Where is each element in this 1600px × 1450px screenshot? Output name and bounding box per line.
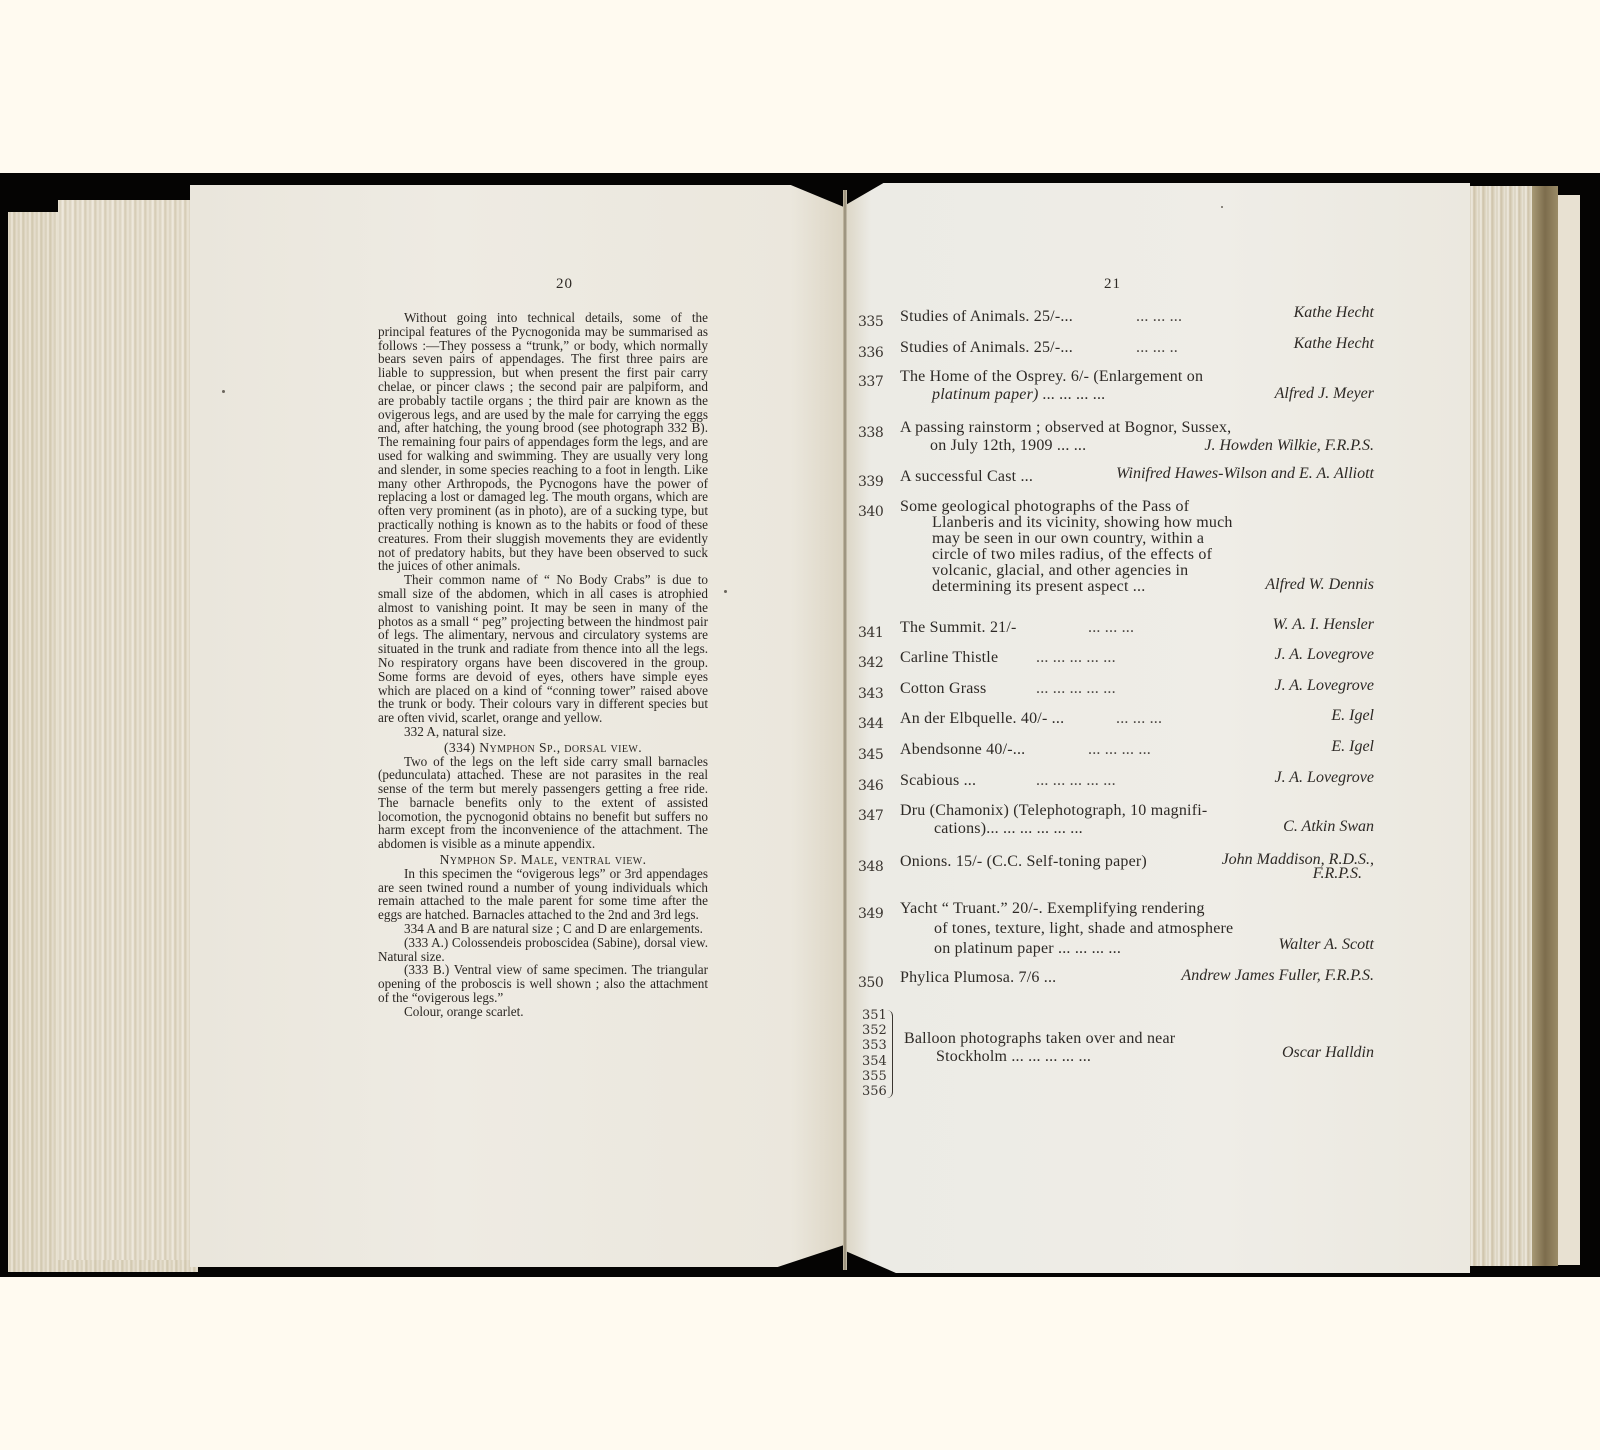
entry-title: Balloon photographs taken over and near <box>904 1030 1175 1048</box>
entry-title: Phylica Plumosa. 7/6 ... <box>900 969 1056 987</box>
entry-author: J. Howden Wilkie, F.R.P.S. <box>1204 437 1374 455</box>
entry-number: 340 <box>858 504 883 520</box>
caption-334-dorsal: (334) Nymphon Sp., dorsal view. <box>378 741 708 755</box>
caption-male-ventral: Nymphon Sp. Male, ventral view. <box>378 853 708 867</box>
entry-title-continued: cations)... ... ... ... ... ... <box>934 820 1083 838</box>
entry-number: 339 <box>858 474 883 490</box>
entry-leader: ... ... ... ... ... <box>1036 680 1116 698</box>
entry-title: Studies of Animals. 25/-... <box>900 339 1073 357</box>
entry-author: Kathe Hecht <box>1294 335 1374 353</box>
paragraph-sizes: 334 A and B are natural size ; C and D a… <box>378 922 708 936</box>
entry-author: Walter A. Scott <box>1278 936 1374 954</box>
entry-number: 341 <box>858 625 883 641</box>
paragraph-332a: 332 A, natural size. <box>378 725 708 739</box>
entry-leader: ... ... ... <box>1116 710 1162 728</box>
entry-title: A successful Cast ... <box>900 468 1033 486</box>
entry-number: 346 <box>858 778 883 794</box>
entry-author: E. Igel <box>1331 738 1374 756</box>
entry-number: 349 <box>858 906 883 922</box>
paragraph-no-body-crabs: Their common name of “ No Body Crabs” is… <box>378 573 708 725</box>
entry-author: Alfred J. Meyer <box>1275 385 1374 403</box>
grouping-brace <box>884 1010 893 1098</box>
entry-title: Dru (Chamonix) (Telephotograph, 10 magni… <box>900 802 1207 820</box>
entry-title-continued: Stockholm ... ... ... ... ... <box>936 1048 1091 1066</box>
entry-number: 347 <box>858 808 883 824</box>
entry-title-continued: determining its present aspect ... <box>932 578 1145 596</box>
entry-number: 336 <box>858 345 883 361</box>
left-page-text: Without going into technical details, so… <box>378 311 708 1019</box>
entry-title: Scabious ... <box>900 772 976 790</box>
entry-leader: ... ... ... <box>1088 619 1134 637</box>
back-board <box>1558 195 1580 1265</box>
entry-author: J. A. Lovegrove <box>1274 769 1374 787</box>
entry-leader: ... ... .. <box>1136 339 1178 357</box>
paragraph-male: In this specimen the “ovigerous legs” or… <box>378 867 708 922</box>
entry-leader: ... ... ... ... <box>1088 741 1151 759</box>
paper-speck <box>1221 206 1223 208</box>
book-gutter <box>843 190 847 1270</box>
entry-number: 350 <box>858 975 883 991</box>
entry-title: Studies of Animals. 25/-... <box>900 308 1073 326</box>
entry-title: A passing rainstorm ; observed at Bognor… <box>900 419 1231 437</box>
entry-title: Carline Thistle <box>900 649 998 667</box>
entry-author: Alfred W. Dennis <box>1265 576 1374 594</box>
left-page-block <box>58 200 198 1260</box>
entry-number: 342 <box>858 655 883 671</box>
entry-leader: ... ... ... <box>1136 308 1182 326</box>
left-page-number: 20 <box>556 276 573 293</box>
entry-title: Yacht “ Truant.” 20/-. Exemplifying rend… <box>900 900 1205 918</box>
entry-title: An der Elbquelle. 40/- ... <box>900 710 1064 728</box>
left-page-edges <box>8 212 198 1272</box>
entry-title: The Summit. 21/- <box>900 619 1017 637</box>
entry-title: The Home of the Osprey. 6/- (Enlargement… <box>900 368 1203 386</box>
entry-number: 335 <box>858 314 883 330</box>
entry-title-continued: on July 12th, 1909 ... ... <box>930 437 1086 455</box>
entry-author: Oscar Halldin <box>1282 1044 1374 1062</box>
entry-author: W. A. I. Hensler <box>1273 616 1374 634</box>
right-page-edges <box>1468 186 1558 1266</box>
entry-number: 343 <box>858 686 883 702</box>
right-page-number: 21 <box>1104 276 1121 293</box>
entry-number: 338 <box>858 425 883 441</box>
entry-number: 337 <box>858 374 883 390</box>
entry-author: J. A. Lovegrove <box>1274 677 1374 695</box>
entry-leader: ... ... ... ... ... <box>1036 772 1116 790</box>
entry-title-continued: of tones, texture, light, shade and atmo… <box>934 920 1233 938</box>
entry-title: Onions. 15/- (C.C. Self-toning paper) <box>900 853 1147 871</box>
paragraph-333a: (333 A.) Colossendeis proboscidea (Sabin… <box>378 936 708 964</box>
paragraph-334: Two of the legs on the left side carry s… <box>378 755 708 852</box>
entry-author: C. Atkin Swan <box>1283 818 1374 836</box>
entry-author: Winifred Hawes-Wilson and E. A. Alliott <box>1116 465 1374 483</box>
entry-author: E. Igel <box>1331 707 1374 725</box>
paragraph-colour: Colour, orange scarlet. <box>378 1005 708 1019</box>
entry-number: 345 <box>858 747 883 763</box>
paragraph-333b: (333 B.) Ventral view of same specimen. … <box>378 963 708 1004</box>
entry-title: Abendsonne 40/-... <box>900 741 1025 759</box>
entry-number: 348 <box>858 859 883 875</box>
paper-speck <box>724 590 727 593</box>
right-fore-edge <box>1532 186 1558 1266</box>
entry-number: 344 <box>858 716 883 732</box>
entry-author: J. A. Lovegrove <box>1274 646 1374 664</box>
entry-author-continued: F.R.P.S. <box>1313 865 1362 883</box>
entry-author: Andrew James Fuller, F.R.P.S. <box>1181 967 1374 985</box>
paragraph-pycnogonida: Without going into technical details, so… <box>378 311 708 573</box>
entry-author: Kathe Hecht <box>1294 304 1374 322</box>
paper-speck <box>222 390 225 393</box>
entry-title: Cotton Grass <box>900 680 986 698</box>
entry-title-continued: on platinum paper ... ... ... ... <box>934 940 1121 958</box>
entry-leader: ... ... ... ... ... <box>1036 649 1116 667</box>
entry-title-continued: platinum paper) ... ... ... ... <box>932 386 1106 404</box>
